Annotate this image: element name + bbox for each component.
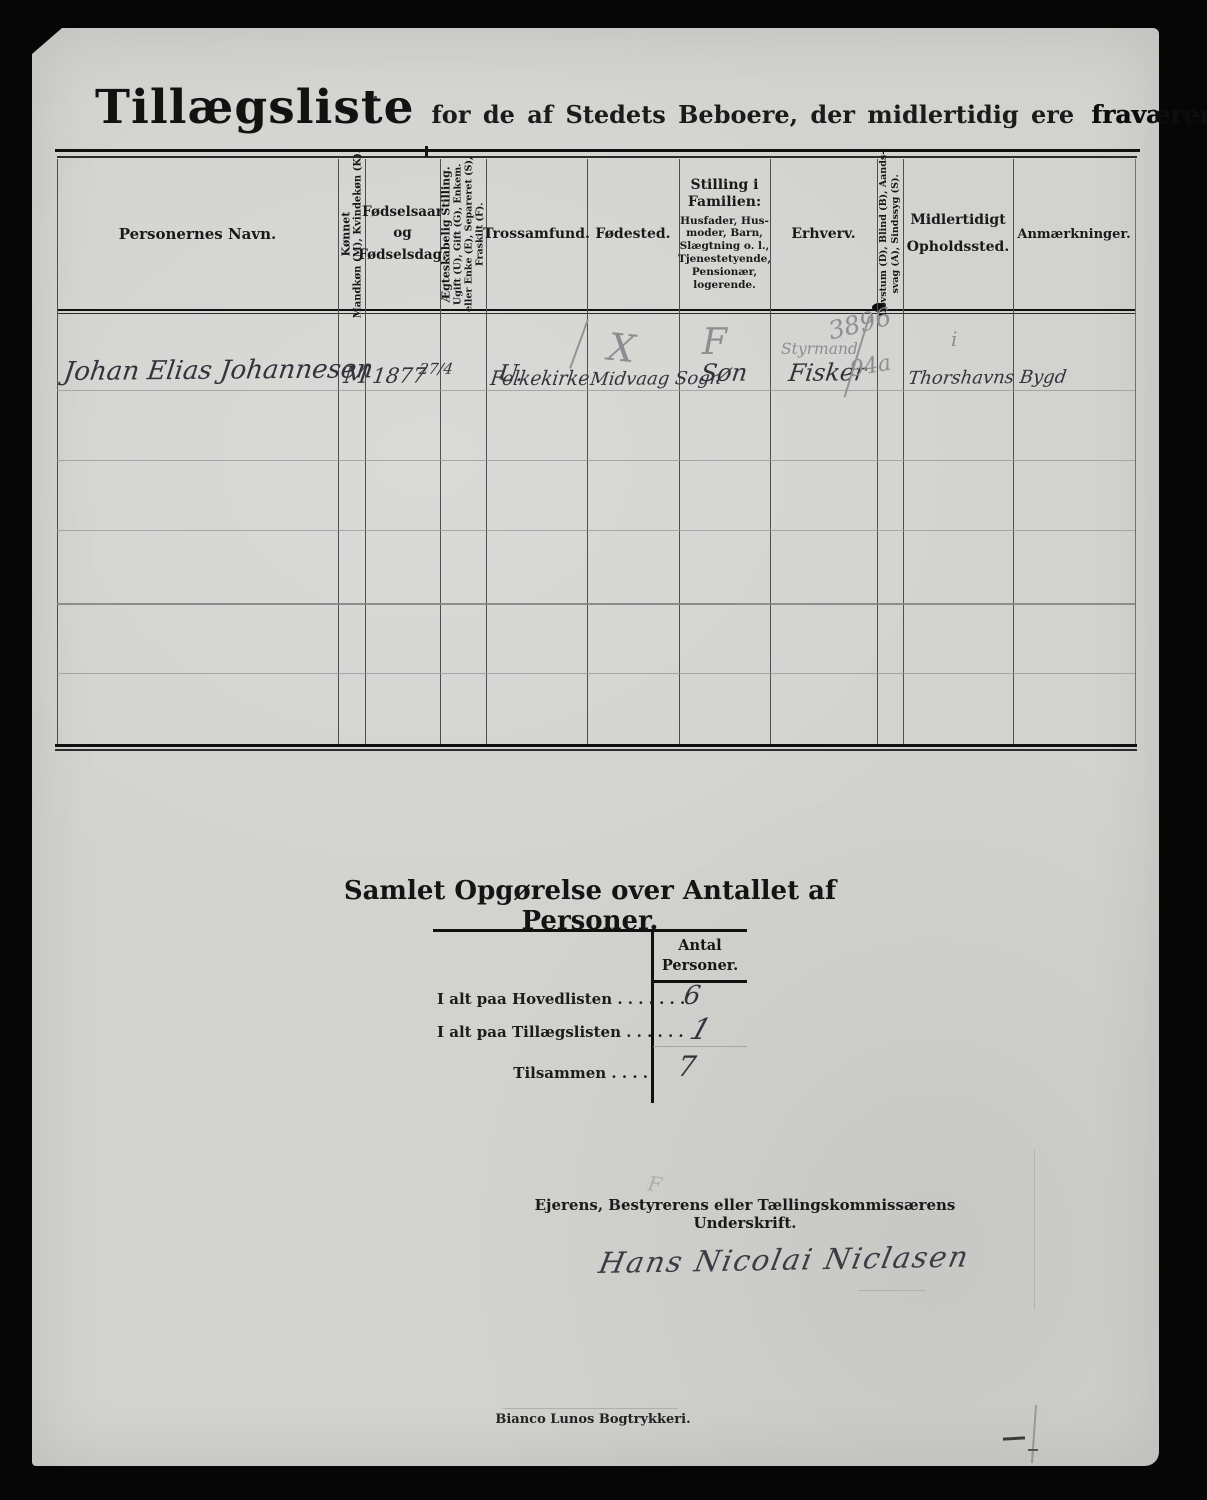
- title-middle: for de af Stedets Beboere, der midlertid…: [431, 100, 1074, 129]
- header-birthplace: Fødested.: [587, 159, 679, 309]
- ink-speck: [374, 96, 377, 99]
- header-disability-label: Døvstum (D), Blind (B), Aands- svag (A),…: [878, 151, 902, 317]
- header-name-label: Personernes Navn.: [119, 225, 277, 243]
- row1-gender: M: [342, 361, 370, 389]
- row-line: [57, 603, 1135, 605]
- table-top-rule-2: [57, 156, 1137, 158]
- pencil-f-mark: F: [702, 322, 727, 363]
- printer-imprint: Bianco Lunos Bogtrykkeri.: [478, 1412, 708, 1427]
- header-bottom-rule-2: [57, 313, 1135, 314]
- title-emphasis: fraværende.: [1091, 100, 1207, 129]
- row1-faith: Folkekirke: [489, 366, 591, 390]
- pencil-x-mark: X: [606, 325, 638, 372]
- table-top-rule: [55, 149, 1140, 152]
- row-line: [57, 530, 1135, 531]
- ink-tick: [425, 146, 428, 157]
- header-residence: Midlertidigt Opholdssted.: [903, 159, 1013, 309]
- summary-faint-rule: [653, 1046, 747, 1047]
- header-bottom-rule: [57, 309, 1135, 311]
- scanned-census-document: Tillægsliste for de af Stedets Beboere, …: [0, 0, 1207, 1500]
- header-faith: Trossamfund.: [486, 159, 587, 309]
- header-occupation: Erhverv.: [770, 159, 877, 309]
- header-birthplace-label: Fødested.: [595, 226, 670, 242]
- signature-label: Ejerens, Bestyrerens eller Tællingskommi…: [520, 1196, 970, 1232]
- row-line: [57, 390, 1135, 391]
- header-disability: Døvstum (D), Blind (B), Aands- svag (A),…: [877, 159, 903, 309]
- header-marital-bold: Ægteskabelig Stilling.: [440, 156, 453, 311]
- signature-name: Hans Nicolai Niclasen: [596, 1240, 973, 1280]
- summary-row-tilsammen-label: Tilsammen . . . .: [437, 1064, 648, 1082]
- summary-row-tillaegslisten-label: I alt paa Tillægslisten . . . . . .: [437, 1023, 684, 1041]
- row-line: [57, 673, 1135, 674]
- header-remarks: Anmærkninger.: [1013, 159, 1135, 309]
- row1-name: Johan Elias Johannesen: [62, 354, 375, 387]
- row-line: [57, 460, 1135, 461]
- summary-heading: Samlet Opgørelse over Antallet af Person…: [290, 876, 890, 936]
- ink-speck: [1028, 1449, 1038, 1451]
- header-gender-bold: Kønnet: [340, 150, 353, 319]
- header-family: Stilling i Familien: Husfader, Hus- mode…: [679, 159, 770, 309]
- title-main: Tillægsliste: [95, 80, 414, 135]
- header-family-bold: Stilling i Familien:: [688, 177, 761, 212]
- footer-rule: [503, 1408, 678, 1409]
- row1-birth-day: 27/4: [418, 360, 454, 378]
- page-title: Tillægsliste for de af Stedets Beboere, …: [95, 80, 1207, 135]
- header-birth: Fødselsaar og Fødselsdag.: [365, 159, 440, 309]
- fold-line: [1034, 1150, 1035, 1310]
- header-name: Personernes Navn.: [57, 159, 338, 309]
- row1-residence: Thorshavns Bygd: [907, 367, 1068, 389]
- page-corner-fold: [32, 28, 62, 54]
- table-border-right: [1135, 159, 1136, 744]
- summary-col-header: Antal Personer.: [653, 936, 747, 977]
- signature-underline: [858, 1290, 926, 1291]
- header-birth-label: Fødselsaar og Fødselsdag.: [358, 202, 447, 267]
- table-bottom-rule-2: [55, 749, 1137, 751]
- summary-row-hovedlisten-label: I alt paa Hovedlisten . . . . . . .: [437, 990, 685, 1008]
- header-marital-small: Ugift (U), Gift (G), Enkem. eller Enke (…: [453, 156, 487, 311]
- pencil-residence-mark: i: [951, 327, 957, 351]
- header-family-small: Husfader, Hus- moder, Barn, Slægtning o.…: [678, 215, 771, 292]
- header-marital: Ægteskabelig Stilling. Ugift (U), Gift (…: [440, 159, 486, 309]
- header-occupation-label: Erhverv.: [791, 226, 855, 242]
- pencil-styrmand: Styrmand: [781, 340, 858, 358]
- header-remarks-label: Anmærkninger.: [1017, 227, 1130, 242]
- table-bottom-rule: [55, 744, 1137, 747]
- header-residence-label: Midlertidigt Opholdssted.: [907, 207, 1009, 260]
- header-faith-label: Trossamfund.: [483, 226, 590, 242]
- summary-top-rule: [433, 929, 747, 932]
